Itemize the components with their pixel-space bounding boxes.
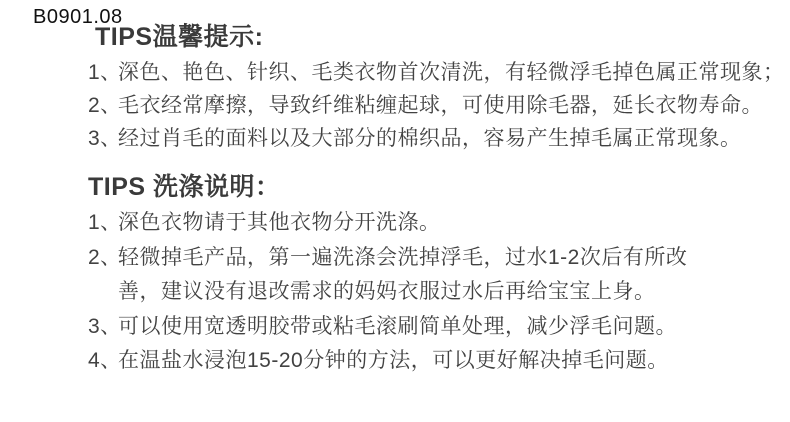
tip-number: 1、 [88,206,118,241]
washing-instructions-heading: TIPS 洗涤说明： [88,171,698,204]
tip-number: 3、 [88,122,118,155]
tip-text: 轻微掉毛产品，第一遍洗涤会洗掉浮毛，过水1-2次后有所改善，建议没有退改需求的妈… [118,241,698,310]
tip-item: 3、 经过肖毛的面料以及大部分的棉织品，容易产生掉毛属正常现象。 [88,122,785,155]
tip-number: 4、 [88,344,118,379]
tip-number: 1、 [88,56,118,89]
warm-tips-list: 1、 深色、艳色、针织、毛类衣物首次清洗，有轻微浮毛掉色属正常现象； 2、 毛衣… [88,56,785,155]
tip-text: 在温盐水浸泡15-20分钟的方法，可以更好解决掉毛问题。 [118,344,669,379]
tip-item: 2、 轻微掉毛产品，第一遍洗涤会洗掉浮毛，过水1-2次后有所改善，建议没有退改需… [88,241,698,310]
tip-item: 4、 在温盐水浸泡15-20分钟的方法，可以更好解决掉毛问题。 [88,344,698,379]
tip-text: 经过肖毛的面料以及大部分的棉织品，容易产生掉毛属正常现象。 [118,122,742,155]
tip-number: 2、 [88,241,118,276]
tip-item: 2、 毛衣经常摩擦，导致纤维粘缠起球，可使用除毛器，延长衣物寿命。 [88,89,785,122]
tip-item: 1、 深色、艳色、针织、毛类衣物首次清洗，有轻微浮毛掉色属正常现象； [88,56,785,89]
tip-text: 可以使用宽透明胶带或粘毛滚刷简单处理，减少浮毛问题。 [118,310,677,345]
tips-page: B0901.08 TIPS温馨提示: 1、 深色、艳色、针织、毛类衣物首次清洗，… [0,0,790,422]
tip-text: 毛衣经常摩擦，导致纤维粘缠起球，可使用除毛器，延长衣物寿命。 [118,89,763,122]
tip-item: 1、 深色衣物请于其他衣物分开洗涤。 [88,206,698,241]
tip-text: 深色衣物请于其他衣物分开洗涤。 [118,206,441,241]
tip-number: 3、 [88,310,118,345]
warm-tips-section: TIPS温馨提示: 1、 深色、艳色、针织、毛类衣物首次清洗，有轻微浮毛掉色属正… [88,21,785,155]
tip-text: 深色、艳色、针织、毛类衣物首次清洗，有轻微浮毛掉色属正常现象； [118,56,785,89]
washing-instructions-section: TIPS 洗涤说明： 1、 深色衣物请于其他衣物分开洗涤。 2、 轻微掉毛产品，… [88,171,698,379]
warm-tips-heading: TIPS温馨提示: [95,21,785,54]
tip-number: 2、 [88,89,118,122]
tip-item: 3、 可以使用宽透明胶带或粘毛滚刷简单处理，减少浮毛问题。 [88,310,698,345]
washing-instructions-list: 1、 深色衣物请于其他衣物分开洗涤。 2、 轻微掉毛产品，第一遍洗涤会洗掉浮毛，… [88,206,698,379]
